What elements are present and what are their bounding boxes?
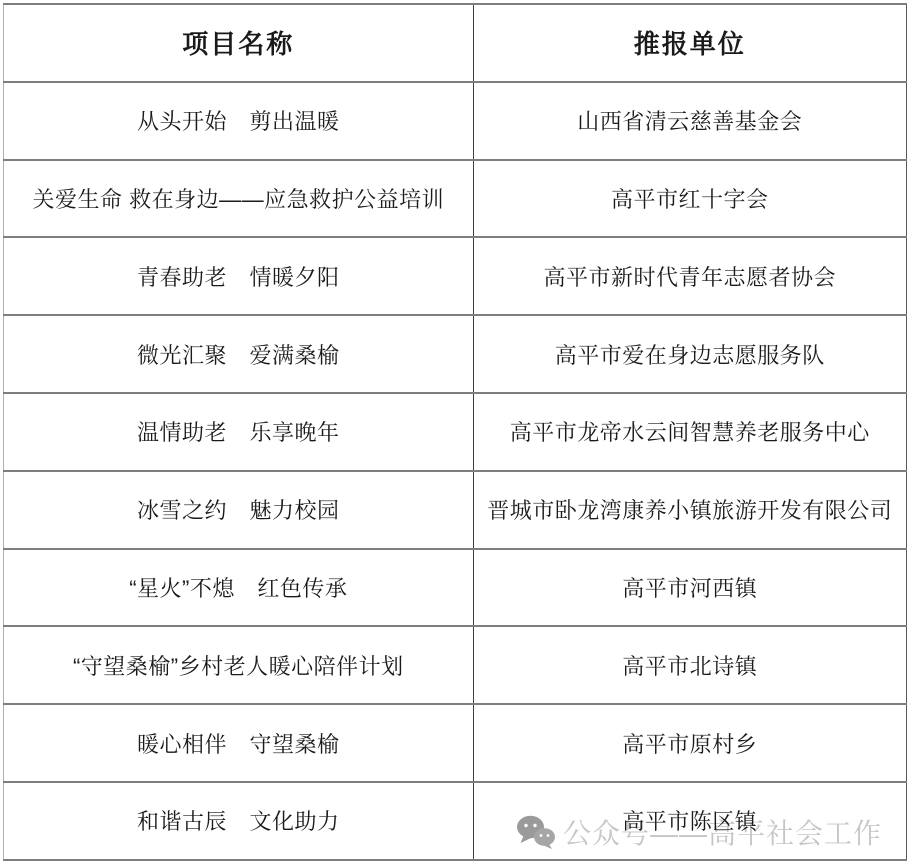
projects-table: 项目名称 推报单位 从头开始 剪出温暖 山西省清云慈善基金会 关爱生命 救在身边… — [3, 3, 907, 861]
header-row: 项目名称 推报单位 — [4, 4, 907, 82]
unit-cell: 晋城市卧龙湾康养小镇旅游开发有限公司 — [473, 471, 906, 549]
unit-cell: 高平市爱在身边志愿服务队 — [473, 315, 906, 393]
table-screenshot: 公众号——高平社会工作 项目名称 推报单位 从头开始 剪出温暖 山西省清云慈善基… — [0, 0, 912, 866]
column-header-unit: 推报单位 — [473, 4, 906, 82]
table-row: 微光汇聚 爱满桑榆 高平市爱在身边志愿服务队 — [4, 315, 907, 393]
project-name-cell: “守望桑榆”乡村老人暖心陪伴计划 — [4, 626, 474, 704]
project-name-cell: 关爱生命 救在身边——应急救护公益培训 — [4, 160, 474, 238]
unit-cell: 山西省清云慈善基金会 — [473, 82, 906, 160]
unit-cell: 高平市北诗镇 — [473, 626, 906, 704]
unit-cell: 高平市新时代青年志愿者协会 — [473, 237, 906, 315]
table-row: 和谐古辰 文化助力 高平市陈区镇 — [4, 782, 907, 860]
unit-cell: 高平市红十字会 — [473, 160, 906, 238]
project-name-cell: 暖心相伴 守望桑榆 — [4, 704, 474, 782]
project-name-cell: 冰雪之约 魅力校园 — [4, 471, 474, 549]
unit-cell: 高平市陈区镇 — [473, 782, 906, 860]
project-name-cell: 青春助老 情暖夕阳 — [4, 237, 474, 315]
column-header-project: 项目名称 — [4, 4, 474, 82]
unit-cell: 高平市原村乡 — [473, 704, 906, 782]
table-row: 暖心相伴 守望桑榆 高平市原村乡 — [4, 704, 907, 782]
table-row: 温情助老 乐享晚年 高平市龙帝水云间智慧养老服务中心 — [4, 393, 907, 471]
table-container: 项目名称 推报单位 从头开始 剪出温暖 山西省清云慈善基金会 关爱生命 救在身边… — [3, 3, 907, 859]
unit-cell: 高平市龙帝水云间智慧养老服务中心 — [473, 393, 906, 471]
table-row: 从头开始 剪出温暖 山西省清云慈善基金会 — [4, 82, 907, 160]
project-name-cell: 和谐古辰 文化助力 — [4, 782, 474, 860]
table-row: “星火”不熄 红色传承 高平市河西镇 — [4, 549, 907, 627]
table-row: “守望桑榆”乡村老人暖心陪伴计划 高平市北诗镇 — [4, 626, 907, 704]
project-name-cell: 温情助老 乐享晚年 — [4, 393, 474, 471]
project-name-cell: “星火”不熄 红色传承 — [4, 549, 474, 627]
table-row: 关爱生命 救在身边——应急救护公益培训 高平市红十字会 — [4, 160, 907, 238]
table-row: 青春助老 情暖夕阳 高平市新时代青年志愿者协会 — [4, 237, 907, 315]
table-row: 冰雪之约 魅力校园 晋城市卧龙湾康养小镇旅游开发有限公司 — [4, 471, 907, 549]
project-name-cell: 微光汇聚 爱满桑榆 — [4, 315, 474, 393]
project-name-cell: 从头开始 剪出温暖 — [4, 82, 474, 160]
unit-cell: 高平市河西镇 — [473, 549, 906, 627]
